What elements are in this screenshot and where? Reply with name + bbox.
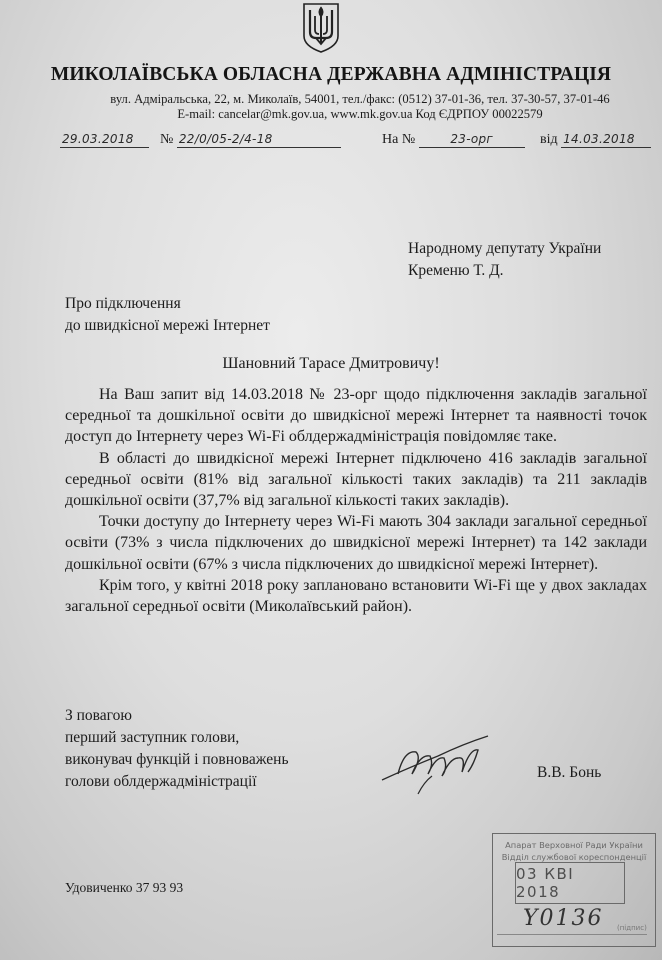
stamp-institution: Апарат Верховної Ради України bbox=[499, 840, 649, 850]
in-reply-date-field: від 14.03.2018 bbox=[540, 132, 651, 154]
outgoing-date: 29.03.2018 bbox=[60, 132, 149, 148]
salutation: Шановний Тарасе Дмитровичу! bbox=[0, 355, 662, 373]
contact-line: E-mail: cancelar@mk.gov.ua, www.mk.gov.u… bbox=[80, 107, 640, 122]
addressee-block: Народному депутату України Кременю Т. Д. bbox=[408, 238, 601, 282]
addressee-name: Кременю Т. Д. bbox=[408, 260, 601, 282]
body-paragraph: В області до швидкісної мережі Інтернет … bbox=[65, 448, 647, 512]
number-sign: № bbox=[160, 132, 173, 147]
outgoing-number: 22/0/05-2/4-18 bbox=[177, 132, 341, 148]
organization-title: МИКОЛАЇВСЬКА ОБЛАСНА ДЕРЖАВНА АДМІНІСТРА… bbox=[0, 64, 662, 86]
stamp-divider bbox=[497, 934, 647, 935]
body-paragraph: Точки доступу до Інтернету через Wi-Fi м… bbox=[65, 511, 647, 575]
signer-position-2: виконувач функцій і повноважень bbox=[65, 749, 289, 771]
subject-line-1: Про підключення bbox=[65, 293, 270, 315]
subject-line-2: до швидкісної мережі Інтернет bbox=[65, 315, 270, 337]
signer-position-3: голови облдержадміністрації bbox=[65, 771, 289, 793]
registration-stamp: Апарат Верховної Ради України Відділ слу… bbox=[492, 833, 656, 947]
executor-contact: Удовиченко 37 93 93 bbox=[65, 880, 183, 896]
subject-block: Про підключення до швидкісної мережі Інт… bbox=[65, 293, 270, 337]
address-line: вул. Адміральська, 22, м. Миколаїв, 5400… bbox=[80, 92, 640, 107]
outgoing-number-field: № 22/0/05-2/4-18 bbox=[160, 132, 341, 154]
stamp-department: Відділ службової кореспонденції bbox=[499, 852, 649, 862]
closing-regards: З повагою bbox=[65, 705, 289, 727]
letter-page: МИКОЛАЇВСЬКА ОБЛАСНА ДЕРЖАВНА АДМІНІСТРА… bbox=[0, 0, 662, 960]
stamp-signature-label: (підпис) bbox=[617, 924, 647, 932]
signer-name: В.В. Бонь bbox=[537, 764, 601, 782]
in-reply-date: 14.03.2018 bbox=[561, 132, 651, 148]
closing-block: З повагою перший заступник голови, викон… bbox=[65, 705, 289, 793]
in-reply-label: На № bbox=[382, 132, 415, 147]
from-label: від bbox=[540, 132, 558, 147]
trident-coat-of-arms-icon bbox=[301, 2, 341, 54]
signer-position-1: перший заступник голови, bbox=[65, 727, 289, 749]
in-reply-number-field: На № 23-орг bbox=[382, 132, 525, 154]
letter-body: На Ваш запит від 14.03.2018 № 23-орг щод… bbox=[65, 384, 647, 617]
handwritten-signature-icon bbox=[378, 728, 498, 798]
in-reply-number: 23-орг bbox=[419, 132, 525, 148]
body-paragraph: На Ваш запит від 14.03.2018 № 23-орг щод… bbox=[65, 384, 647, 448]
stamp-date: 03 КВІ 2018 bbox=[515, 862, 625, 904]
addressee-title: Народному депутату України bbox=[408, 238, 601, 260]
outgoing-date-field: 29.03.2018 bbox=[60, 132, 149, 154]
stamp-registration-number: Y0136 bbox=[523, 906, 604, 931]
body-paragraph: Крім того, у квітні 2018 року запланован… bbox=[65, 575, 647, 617]
